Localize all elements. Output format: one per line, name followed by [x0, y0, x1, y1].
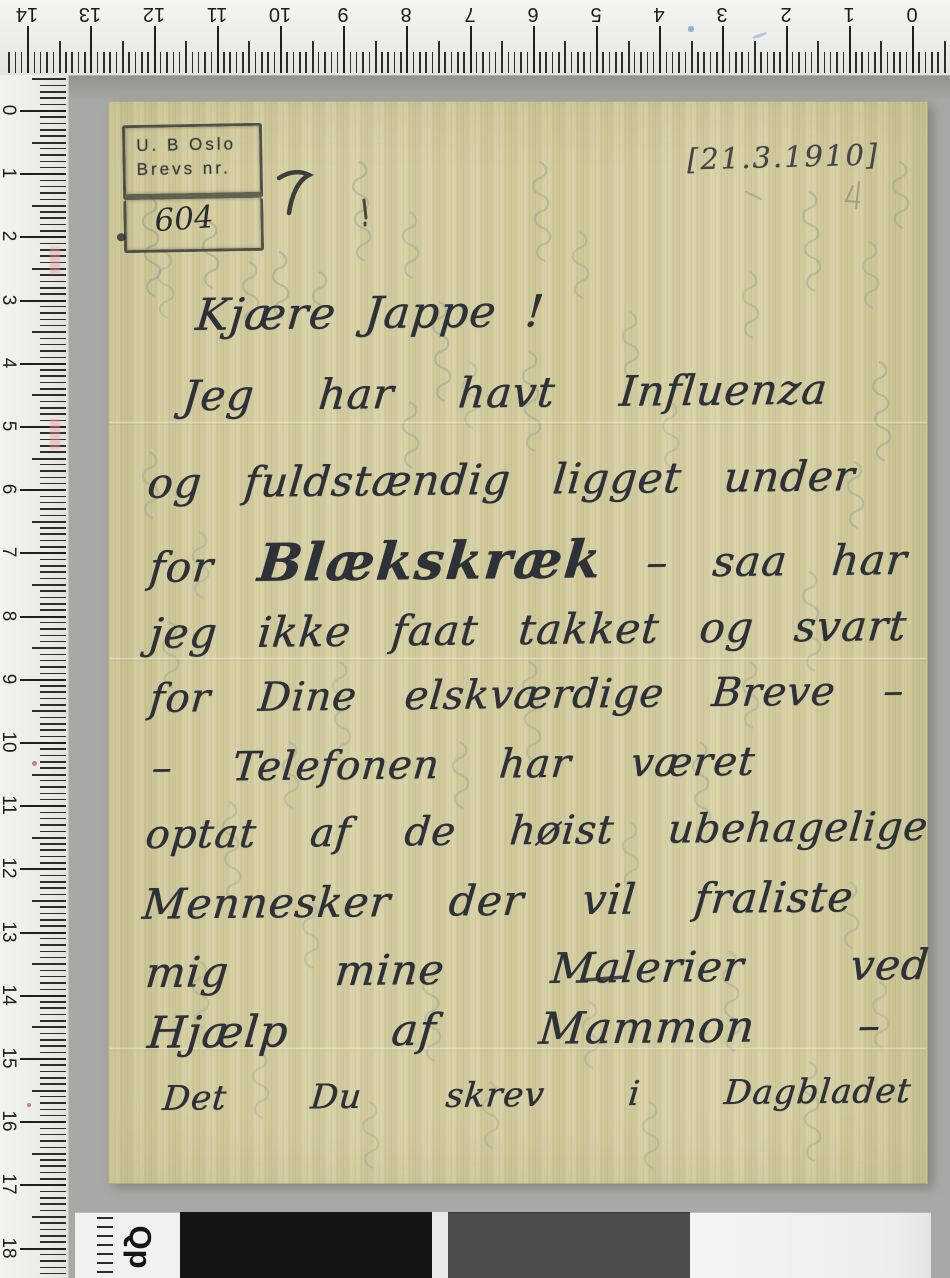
bleedthrough-squiggle	[723, 952, 740, 1051]
ruler-tick	[40, 736, 66, 738]
ruler-tick	[40, 1007, 66, 1009]
ruler-tick	[40, 217, 66, 219]
ruler-number: 8	[0, 601, 16, 631]
ruler-tick	[533, 26, 535, 73]
ruler-tick	[514, 52, 516, 73]
stamp-lower-box: 604	[123, 198, 264, 253]
ruler-number: 3	[0, 285, 16, 315]
ruler-tick	[760, 52, 762, 73]
bleedthrough-squiggle	[273, 252, 288, 318]
ruler-tick	[375, 41, 377, 73]
ruler-tick	[501, 41, 503, 73]
ruler-tick	[571, 52, 573, 73]
ruler-tick	[40, 287, 66, 289]
bleedthrough-squiggle	[873, 982, 888, 1048]
ruler-tick	[154, 26, 156, 73]
bleedthrough-squiggle	[353, 162, 370, 261]
calibration-mini-ruler	[97, 1217, 113, 1277]
ruler-tick	[545, 52, 547, 73]
ruler-tick	[40, 913, 66, 915]
ruler-tick	[369, 52, 371, 73]
ruler-tick	[90, 26, 92, 73]
bleedthrough-squiggle	[803, 1062, 820, 1161]
ruler-tick	[495, 52, 497, 73]
ruler-tick	[40, 451, 66, 453]
ruler-tick	[590, 52, 592, 73]
bleedthrough-squiggle	[893, 162, 908, 228]
ruler-tick	[32, 1090, 66, 1092]
ruler-tick	[40, 1045, 66, 1047]
ruler-tick	[40, 319, 66, 321]
ruler-tick	[451, 52, 453, 73]
ruler-tick	[615, 52, 617, 73]
ruler-tick	[40, 944, 66, 946]
ruler-tick	[280, 26, 282, 73]
ruler-tick	[40, 1254, 66, 1256]
ruler-tick	[78, 52, 80, 73]
bleedthrough-squiggle	[243, 262, 258, 328]
ruler-number: 7	[0, 537, 16, 567]
ruler-number: 2	[768, 3, 804, 25]
ruler-tick	[602, 52, 604, 73]
ruler-tick	[20, 932, 66, 934]
ruler-tick	[40, 243, 66, 245]
ruler-tick	[697, 52, 699, 73]
ruler-tick	[40, 628, 66, 630]
ruler-tick	[242, 52, 244, 73]
ruler-tick	[874, 52, 876, 73]
ruler-tick	[647, 52, 649, 73]
ruler-tick	[741, 52, 743, 73]
ruler-tick	[223, 52, 225, 73]
ruler-number: 18	[0, 1233, 16, 1263]
ruler-tick	[40, 274, 66, 276]
ruler-tick	[40, 856, 66, 858]
blue-ink-smudge	[752, 32, 767, 40]
ruler-tick	[40, 527, 66, 529]
ruler-tick	[748, 52, 750, 73]
ruler-tick	[40, 666, 66, 668]
ink-mark	[279, 172, 309, 213]
calibration-label-area: Qp	[75, 1212, 180, 1278]
scanned-letter-page: U. B Oslo Brevs nr. 604 [21.3.1910] Kjær…	[0, 0, 950, 1278]
ruler-tick	[40, 1128, 66, 1130]
ruler-tick	[40, 192, 66, 194]
ruler-tick	[40, 85, 66, 87]
left-ruler: 0123456789101112131415161718	[0, 75, 69, 1278]
ruler-tick	[32, 1153, 66, 1155]
ruler-tick	[40, 1229, 66, 1231]
calibration-white-patch	[690, 1212, 931, 1278]
ruler-tick	[40, 957, 66, 959]
ruler-tick	[356, 52, 358, 73]
ruler-tick	[40, 894, 66, 896]
ruler-tick	[457, 52, 459, 73]
ruler-tick	[40, 812, 66, 814]
ruler-tick	[40, 123, 66, 125]
ruler-tick	[899, 52, 901, 73]
ruler-tick	[666, 52, 668, 73]
bleedthrough-squiggle	[743, 272, 758, 338]
ruler-tick	[32, 205, 66, 207]
pencil-mark	[846, 182, 859, 208]
ruler-tick	[40, 976, 66, 978]
ruler-tick	[20, 616, 66, 618]
ruler-tick	[425, 52, 427, 73]
bleedthrough-squiggle	[158, 252, 173, 318]
ruler-tick	[20, 1248, 66, 1250]
ruler-number: 1	[831, 3, 867, 25]
ruler-tick	[406, 26, 408, 73]
ruler-tick	[267, 52, 269, 73]
ruler-number: 10	[0, 727, 16, 757]
ruler-tick	[40, 281, 66, 283]
ruler-tick	[40, 211, 66, 213]
ruler-tick	[40, 970, 66, 972]
ruler-tick	[40, 1178, 66, 1180]
ruler-tick	[40, 597, 66, 599]
ruler-tick	[40, 571, 66, 573]
ruler-tick	[40, 919, 66, 921]
ruler-tick	[40, 635, 66, 637]
ruler-tick	[400, 52, 402, 73]
ruler-tick	[32, 521, 66, 523]
ruler-tick	[489, 52, 491, 73]
ruler-tick	[97, 52, 99, 73]
ruler-tick	[32, 647, 66, 649]
ruler-tick	[103, 52, 105, 73]
ruler-tick	[20, 1058, 66, 1060]
ruler-tick	[722, 26, 724, 73]
ruler-tick	[20, 868, 66, 870]
ruler-tick	[20, 300, 66, 302]
ruler-tick	[40, 590, 66, 592]
ruler-tick	[20, 552, 66, 554]
ruler-tick	[40, 704, 66, 706]
ruler-tick	[324, 52, 326, 73]
ruler-tick	[40, 1235, 66, 1237]
ruler-tick	[40, 1159, 66, 1161]
ruler-tick	[539, 52, 541, 73]
bleedthrough-squiggle	[573, 232, 588, 298]
ruler-tick	[40, 698, 66, 700]
ruler-tick	[20, 742, 66, 744]
ruler-tick	[20, 236, 66, 238]
bleedthrough-squiggle	[223, 802, 240, 901]
ruler-tick	[147, 52, 149, 73]
ruler-tick	[868, 52, 870, 73]
ruler-tick	[621, 52, 623, 73]
bleedthrough-squiggle	[193, 962, 208, 1028]
ruler-tick	[40, 477, 66, 479]
ruler-tick	[293, 52, 295, 73]
ruler-tick	[906, 52, 908, 73]
ruler-tick	[634, 52, 636, 73]
pink-smudge	[50, 419, 60, 449]
ruler-tick	[476, 52, 478, 73]
ruler-tick	[40, 982, 66, 984]
ruler-tick	[40, 799, 66, 801]
ruler-tick	[40, 533, 66, 535]
ruler-number: 3	[704, 3, 740, 25]
ruler-tick	[40, 748, 66, 750]
calibration-white-sliver	[432, 1212, 448, 1278]
ruler-tick	[20, 110, 66, 112]
ruler-tick	[71, 52, 73, 73]
ruler-tick	[40, 540, 66, 542]
bleedthrough-squiggle	[848, 462, 863, 528]
ruler-tick	[40, 1210, 66, 1212]
ruler-tick	[40, 116, 66, 118]
bleedthrough-squiggle	[163, 622, 178, 688]
ruler-tick	[40, 1014, 66, 1016]
ruler-tick	[261, 52, 263, 73]
ruler-number: 10	[262, 3, 298, 25]
ruler-tick	[20, 679, 66, 681]
ruler-tick	[40, 780, 66, 782]
ruler-tick	[577, 52, 579, 73]
ruler-tick	[135, 52, 137, 73]
ruler-tick	[20, 173, 66, 175]
ruler-tick	[32, 1216, 66, 1218]
ruler-tick	[40, 1109, 66, 1111]
bleedthrough-squiggle	[453, 742, 468, 808]
ruler-tick	[887, 52, 889, 73]
ruler-number: 16	[0, 1106, 16, 1136]
ruler-tick	[931, 52, 933, 73]
red-speck	[32, 761, 37, 766]
ruler-number: 4	[0, 348, 16, 378]
ruler-number: 13	[0, 917, 16, 947]
ruler-tick	[32, 963, 66, 965]
ruler-tick	[40, 186, 66, 188]
ruler-tick	[40, 496, 66, 498]
ruler-tick	[40, 793, 66, 795]
bleedthrough-squiggle	[583, 1002, 598, 1068]
ruler-number: 14	[0, 980, 16, 1010]
ruler-tick	[40, 502, 66, 504]
bleedthrough-squiggle	[363, 1102, 378, 1168]
ruler-tick	[198, 52, 200, 73]
ruler-tick	[40, 1001, 66, 1003]
ruler-tick	[40, 786, 66, 788]
ruler-tick	[653, 52, 655, 73]
ruler-tick	[685, 52, 687, 73]
ruler-tick	[482, 52, 484, 73]
bleedthrough-squiggle	[403, 402, 418, 468]
ruler-tick	[678, 52, 680, 73]
ruler-tick	[40, 369, 66, 371]
bleedthrough-squiggle	[623, 822, 638, 888]
bleedthrough-squiggle	[533, 162, 550, 261]
ruler-tick	[32, 331, 66, 333]
ruler-tick	[32, 142, 66, 144]
ruler-tick	[40, 938, 66, 940]
ruler-tick	[40, 603, 66, 605]
ruler-tick	[40, 470, 66, 472]
ruler-tick	[912, 26, 914, 73]
ruler-tick	[40, 843, 66, 845]
ruler-tick	[893, 52, 895, 73]
ruler-tick	[40, 755, 66, 757]
ink-stroke	[364, 200, 366, 225]
ruler-tick	[558, 52, 560, 73]
ruler-tick	[880, 41, 882, 73]
ruler-tick	[40, 91, 66, 93]
ruler-number: 9	[0, 664, 16, 694]
ruler-tick	[40, 464, 66, 466]
ruler-tick	[40, 1071, 66, 1073]
ruler-tick	[805, 52, 807, 73]
ruler-tick	[40, 388, 66, 390]
ruler-tick	[552, 52, 554, 73]
ruler-tick	[318, 52, 320, 73]
ruler-tick	[729, 52, 731, 73]
ruler-tick	[40, 129, 66, 131]
ruler-tick	[166, 52, 168, 73]
ruler-tick	[116, 52, 118, 73]
ruler-tick	[798, 52, 800, 73]
bleedthrough-squiggle	[523, 662, 540, 761]
ruler-tick	[40, 167, 66, 169]
ink-bleedthrough-layer	[109, 102, 927, 1183]
ruler-tick	[305, 52, 307, 73]
bleedthrough-squiggle	[403, 212, 418, 278]
ruler-tick	[40, 1140, 66, 1142]
ruler-tick	[40, 515, 66, 517]
ruler-tick	[40, 312, 66, 314]
ruler-tick	[438, 41, 440, 73]
ruler-tick	[40, 1241, 66, 1243]
ruler-tick	[32, 837, 66, 839]
ruler-tick	[40, 622, 66, 624]
ruler-tick	[40, 338, 66, 340]
ruler-tick	[65, 52, 67, 73]
stamp-line2: Brevs nr.	[126, 158, 260, 180]
ruler-tick	[381, 52, 383, 73]
fold-crease	[109, 657, 927, 661]
ruler-tick	[40, 1052, 66, 1054]
ruler-tick	[40, 660, 66, 662]
bleedthrough-squiggle	[623, 312, 638, 378]
ruler-tick	[855, 52, 857, 73]
ruler-tick	[811, 52, 813, 73]
ruler-tick	[40, 685, 66, 687]
ruler-tick	[122, 41, 124, 73]
ruler-tick	[40, 52, 42, 73]
fold-crease	[109, 421, 927, 425]
ruler-tick	[640, 52, 642, 73]
ruler-number: 9	[325, 3, 361, 25]
ruler-number: 11	[199, 3, 235, 25]
ruler-tick	[40, 293, 66, 295]
ruler-number: 6	[0, 474, 16, 504]
fold-crease	[109, 1047, 927, 1051]
ruler-shadow	[0, 75, 950, 101]
ruler-tick	[672, 52, 674, 73]
bleedthrough-squiggle	[193, 532, 208, 598]
ruler-tick	[394, 52, 396, 73]
ruler-tick	[40, 154, 66, 156]
ruler-tick	[40, 1191, 66, 1193]
ruler-tick	[20, 489, 66, 491]
ruler-tick	[419, 52, 421, 73]
ruler-tick	[40, 1197, 66, 1199]
ruler-tick	[691, 41, 693, 73]
ruler-tick	[925, 52, 927, 73]
ruler-tick	[861, 52, 863, 73]
ruler-tick	[40, 654, 66, 656]
ruler-number: 0	[894, 3, 930, 25]
ruler-tick	[299, 52, 301, 73]
ruler-number: 5	[0, 411, 16, 441]
ruler-tick	[141, 52, 143, 73]
ruler-tick	[40, 344, 66, 346]
ruler-tick	[8, 52, 10, 73]
ruler-tick	[32, 774, 66, 776]
ruler-tick	[779, 52, 781, 73]
ruler-number: 12	[136, 3, 172, 25]
ruler-tick	[470, 26, 472, 73]
ruler-tick	[21, 52, 23, 73]
ruler-tick	[40, 925, 66, 927]
ruler-tick	[40, 1203, 66, 1205]
ruler-tick	[40, 906, 66, 908]
ruler-tick	[34, 52, 36, 73]
bleedthrough-squiggle	[803, 192, 820, 291]
stamp-number: 604	[153, 199, 215, 239]
ruler-number: 11	[0, 790, 16, 820]
ruler-tick	[40, 1020, 66, 1022]
ruler-tick	[40, 1064, 66, 1066]
ruler-tick	[40, 401, 66, 403]
ruler-number: 7	[452, 3, 488, 25]
ruler-tick	[836, 52, 838, 73]
ruler-tick	[46, 52, 48, 73]
ruler-tick	[40, 546, 66, 548]
ruler-tick	[179, 52, 181, 73]
ruler-tick	[520, 52, 522, 73]
bleedthrough-squiggle	[483, 1082, 498, 1148]
ruler-tick	[918, 52, 920, 73]
ruler-tick	[40, 767, 66, 769]
ruler-tick	[716, 52, 718, 73]
ruler-tick	[40, 824, 66, 826]
ruler-tick	[40, 1134, 66, 1136]
ruler-tick	[40, 862, 66, 864]
ruler-tick	[40, 325, 66, 327]
bleedthrough-squiggle	[743, 662, 758, 728]
ruler-tick	[204, 52, 206, 73]
ruler-tick	[40, 508, 66, 510]
ruler-tick	[20, 363, 66, 365]
ruler-tick	[229, 52, 231, 73]
ruler-tick	[40, 1147, 66, 1149]
ruler-tick	[20, 1184, 66, 1186]
ruler-tick	[236, 52, 238, 73]
ruler-tick	[792, 52, 794, 73]
ruler-tick	[185, 41, 187, 73]
ruler-tick	[40, 578, 66, 580]
ruler-tick	[160, 52, 162, 73]
bleedthrough-squiggle	[303, 902, 318, 968]
ruler-tick	[40, 723, 66, 725]
ruler-number: 8	[388, 3, 424, 25]
ruler-tick	[40, 350, 66, 352]
ruler-tick	[40, 989, 66, 991]
ruler-number: 17	[0, 1169, 16, 1199]
ruler-number: 14	[9, 3, 45, 25]
